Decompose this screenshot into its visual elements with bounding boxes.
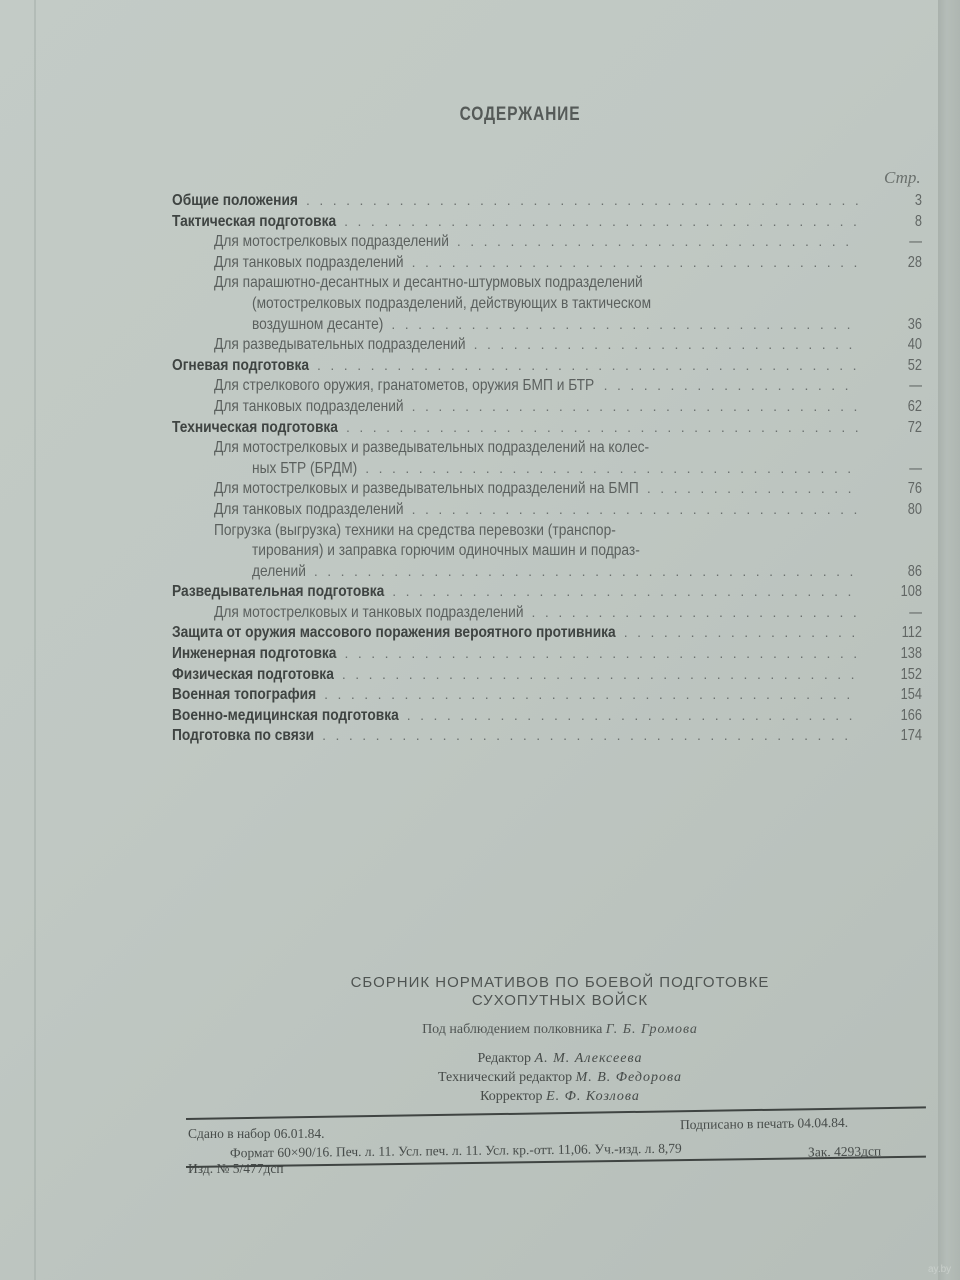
supervision-label: Под наблюдением полковника [422, 1022, 602, 1037]
leader-dots: .................................. [407, 707, 858, 723]
toc-entry-text: Военная топография [172, 686, 316, 704]
toc-entry-line: Инженерная подготовка...................… [172, 645, 922, 666]
toc-entry-text: Для парашютно-десантных и десантно-штурм… [214, 274, 643, 292]
toc-page-number: 76 [890, 480, 922, 498]
toc-page-number: 154 [890, 686, 922, 704]
toc-page-number: 166 [890, 707, 922, 725]
toc-entry-text: Для танковых подразделений [214, 501, 404, 519]
format-line: Формат 60×90/16. Печ. л. 11. Усл. печ. л… [230, 1141, 682, 1162]
toc-page-number: — [890, 233, 922, 251]
tech-editor-name: М. В. Федорова [576, 1070, 682, 1085]
leader-dots: .................................. [412, 501, 858, 517]
toc-entry-text: (мотострелковых подразделений, действующ… [252, 295, 651, 313]
page-column-label: Стр. [884, 168, 921, 188]
toc-entry-text: Инженерная подготовка [172, 645, 336, 663]
toc-entry-line: Для мотострелковых подразделений........… [172, 233, 922, 254]
imprint-block: СБОРНИК НОРМАТИВОВ ПО БОЕВОЙ ПОДГОТОВКЕ … [180, 974, 940, 1106]
toc-entry-text: Общие положения [172, 192, 298, 210]
toc-entry-line: Защита от оружия массового поражения вер… [172, 624, 922, 645]
toc-page-number: 72 [890, 419, 922, 437]
toc-page-number: 62 [890, 398, 922, 416]
toc-entry-text: Для мотострелковых и разведывательных по… [214, 480, 639, 498]
toc-entry-line: Для танковых подразделений..............… [172, 254, 922, 275]
watermark: ay.by [928, 1264, 951, 1275]
toc-entry-text: Для стрелкового оружия, гранатометов, ор… [214, 377, 594, 395]
book-page: СОДЕРЖАНИЕ Стр. Общие положения.........… [0, 0, 942, 1280]
toc-entry-text: Для мотострелковых и разведывательных по… [214, 439, 649, 457]
toc-entry-line: Военная топография......................… [172, 686, 922, 707]
toc-entry-text: тирования) и заправка горючим одиночных … [252, 542, 640, 560]
editor-name: А. М. Алексеева [535, 1051, 643, 1066]
publication-number: Изд. № 5/477дсп [188, 1161, 284, 1177]
leader-dots: ....................................... [344, 213, 858, 229]
leader-dots: ................ [647, 480, 858, 496]
leader-dots: .................................. [412, 398, 858, 414]
toc-page-number: 28 [890, 254, 922, 272]
leader-dots: .................. [624, 624, 858, 640]
typeset-date: Сдано в набор 06.01.84. [188, 1126, 325, 1142]
toc-entry-line: Погрузка (выгрузка) техники на средства … [172, 522, 922, 543]
toc-entry-text: Разведывательная подготовка [172, 583, 384, 601]
toc-entry-line: тирования) и заправка горючим одиночных … [172, 542, 922, 563]
leader-dots: .................................. [412, 254, 858, 270]
toc-entry-text: Для мотострелковых подразделений [214, 233, 449, 251]
toc-entry-line: Физическая подготовка...................… [172, 666, 922, 687]
toc-page-number: 112 [890, 624, 922, 642]
toc-entry-text: Для танковых подразделений [214, 254, 404, 272]
toc-entry-line: Техническая подготовка..................… [172, 419, 922, 440]
leader-dots: ................................... [392, 583, 858, 599]
leader-dots: .............................. [457, 233, 858, 249]
toc-page-number: 152 [890, 666, 922, 684]
toc-page-number: — [890, 604, 922, 622]
leader-dots: ........................................… [317, 357, 858, 373]
leader-dots: ........................................… [324, 686, 858, 702]
leader-dots: ........................................… [314, 563, 858, 579]
leader-dots: ................... [602, 377, 858, 393]
toc-page-number: — [890, 460, 922, 478]
leader-dots: ......................... [532, 604, 858, 620]
corrector-line: Корректор Е. Ф. Козлова [180, 1087, 940, 1106]
toc-page-number: — [890, 377, 922, 395]
leader-dots: ........................................… [306, 192, 858, 208]
toc-entry-line: Разведывательная подготовка.............… [172, 583, 922, 604]
leader-dots: ....................................... [344, 645, 858, 661]
toc-entry-text: Для разведывательных подразделений [214, 336, 466, 354]
leader-dots: ....................................... [342, 666, 858, 682]
toc-entry-line: Для разведывательных подразделений......… [172, 336, 922, 357]
toc-entry-line: Военно-медицинская подготовка...........… [172, 707, 922, 728]
toc-entry-line: Подготовка по связи.....................… [172, 727, 922, 748]
leader-dots: ........................................… [322, 727, 858, 743]
book-title-line-1: СБОРНИК НОРМАТИВОВ ПО БОЕВОЙ ПОДГОТОВКЕ [180, 974, 940, 992]
toc-entry-text: Техническая подготовка [172, 419, 338, 437]
tech-editor-label: Технический редактор [438, 1070, 572, 1085]
toc-entry-text: Тактическая подготовка [172, 213, 336, 231]
toc-entry-line: Тактическая подготовка..................… [172, 213, 922, 234]
editor-label: Редактор [478, 1051, 532, 1066]
leader-dots: ....................................... [346, 419, 858, 435]
toc-entry-line: Для стрелкового оружия, гранатометов, ор… [172, 377, 922, 398]
toc-entry-line: Огневая подготовка......................… [172, 357, 922, 378]
toc-entry-line: (мотострелковых подразделений, действующ… [172, 295, 922, 316]
toc-entry-line: ных БТР (БРДМ)..........................… [172, 460, 922, 481]
toc-entry-text: Огневая подготовка [172, 357, 309, 375]
toc-page-number: 8 [890, 213, 922, 231]
toc-entry-line: Для парашютно-десантных и десантно-штурм… [172, 274, 922, 295]
toc-entry-line: Для мотострелковых и танковых подразделе… [172, 604, 922, 625]
toc-entry-text: Для мотострелковых и танковых подразделе… [214, 604, 524, 622]
toc-title: СОДЕРЖАНИЕ [94, 104, 947, 126]
leader-dots: ............................. [474, 336, 858, 352]
table-of-contents: Общие положения.........................… [172, 192, 922, 748]
signed-date: Подписано в печать 04.04.84. [680, 1115, 848, 1133]
toc-page-number: 138 [890, 645, 922, 663]
toc-entry-text: воздушном десанте) [252, 316, 383, 334]
toc-entry-line: Для танковых подразделений..............… [172, 398, 922, 419]
page-edge-shadow [938, 0, 960, 1280]
book-title: СБОРНИК НОРМАТИВОВ ПО БОЕВОЙ ПОДГОТОВКЕ … [180, 974, 940, 1010]
toc-entry-line: делений.................................… [172, 563, 922, 584]
editor-line: Редактор А. М. Алексеева [180, 1049, 940, 1068]
toc-page-number: 108 [890, 583, 922, 601]
book-title-line-2: СУХОПУТНЫХ ВОЙСК [180, 992, 940, 1010]
toc-entry-line: Для мотострелковых и разведывательных по… [172, 480, 922, 501]
page-fold-line [34, 0, 36, 1280]
toc-entry-line: Общие положения.........................… [172, 192, 922, 213]
leader-dots: ..................................... [365, 460, 858, 476]
toc-page-number: 40 [890, 336, 922, 354]
toc-entry-text: Военно-медицинская подготовка [172, 707, 399, 725]
toc-entry-text: делений [252, 563, 306, 581]
toc-entry-text: Защита от оружия массового поражения вер… [172, 624, 616, 642]
corrector-name: Е. Ф. Козлова [546, 1089, 640, 1104]
tech-editor-line: Технический редактор М. В. Федорова [180, 1068, 940, 1087]
toc-page-number: 36 [890, 316, 922, 334]
supervision-line: Под наблюдением полковника Г. Б. Громова [180, 1022, 940, 1038]
toc-entry-text: ных БТР (БРДМ) [252, 460, 357, 478]
toc-entry-line: Для мотострелковых и разведывательных по… [172, 439, 922, 460]
toc-entry-text: Физическая подготовка [172, 666, 334, 684]
toc-entry-text: Для танковых подразделений [214, 398, 404, 416]
corrector-label: Корректор [480, 1089, 542, 1104]
toc-page-number: 80 [890, 501, 922, 519]
leader-dots: ................................... [391, 316, 858, 332]
toc-entry-line: воздушном десанте)......................… [172, 316, 922, 337]
toc-page-number: 52 [890, 357, 922, 375]
editors-list: Редактор А. М. Алексеева Технический ред… [180, 1049, 940, 1106]
supervisor-name: Г. Б. Громова [606, 1022, 698, 1037]
toc-entry-line: Для танковых подразделений..............… [172, 501, 922, 522]
toc-page-number: 86 [890, 563, 922, 581]
toc-page-number: 3 [890, 192, 922, 210]
toc-entry-text: Подготовка по связи [172, 727, 314, 745]
toc-page-number: 174 [890, 727, 922, 745]
toc-entry-text: Погрузка (выгрузка) техники на средства … [214, 522, 616, 540]
